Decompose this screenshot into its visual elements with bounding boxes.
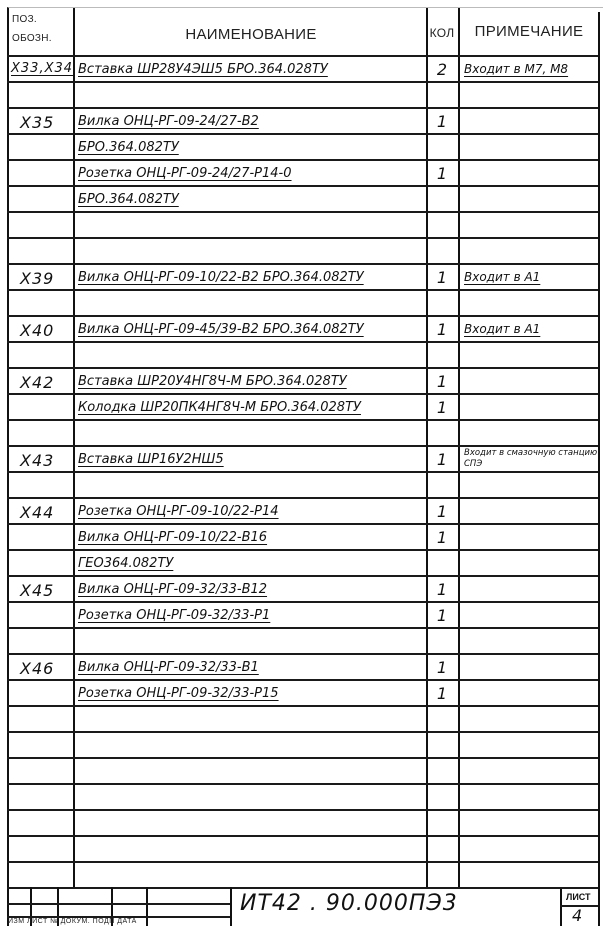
row-divider [7, 523, 598, 525]
item-name: Вилка ОНЦ-РГ-09-32/33-В1 [78, 660, 259, 675]
row-divider [7, 783, 598, 785]
position-designator: Х40 [20, 321, 54, 340]
item-quantity: 1 [427, 684, 457, 703]
position-designator: Х43 [20, 451, 54, 470]
row-divider [7, 549, 598, 551]
row-divider [7, 185, 598, 187]
item-note: Входит в А1 [464, 270, 540, 284]
title-block-footer-labels: ИЗМ ЛИСТ № ДОКУМ. ПОДП ДАТА [8, 918, 137, 925]
document-code: ИТ42 . 90.000ПЭ3 [240, 891, 458, 916]
sheet-number: 4 [572, 906, 582, 925]
item-quantity: 1 [427, 528, 457, 547]
header-qty-label: КОЛ [426, 26, 458, 40]
row-divider [7, 159, 598, 161]
item-quantity: 1 [427, 398, 457, 417]
item-quantity: 1 [427, 450, 457, 469]
item-name: Вилка ОНЦ-РГ-09-32/33-В12 [78, 582, 267, 597]
item-quantity: 1 [427, 320, 457, 339]
item-name: Колодка ШР20ПК4НГ8Ч-М БРО.364.028ТУ [78, 400, 361, 415]
item-quantity: 1 [427, 112, 457, 131]
item-quantity: 2 [427, 60, 457, 79]
header-pos-line2: ОБОЗН. [12, 29, 52, 48]
position-designator: Х35 [20, 113, 54, 132]
row-divider [7, 315, 598, 317]
item-name: Розетка ОНЦ-РГ-09-32/33-Р15 [78, 686, 279, 701]
position-designator: Х42 [20, 373, 54, 392]
col-divider-note [458, 8, 460, 887]
item-name: Вставка ШР16У2НШ5 [78, 452, 224, 467]
header-name-label: НАИМЕНОВАНИЕ [75, 26, 427, 43]
header-divider [7, 55, 598, 57]
item-note: Входит в А1 [464, 322, 540, 336]
position-designator: Х44 [20, 503, 54, 522]
row-divider [7, 601, 598, 603]
header-note-label: ПРИМЕЧАНИЕ [460, 23, 598, 40]
row-divider [7, 887, 598, 889]
row-divider [7, 445, 598, 447]
item-name: Розетка ОНЦ-РГ-09-32/33-Р1 [78, 608, 270, 623]
revision-col-divider-3 [146, 887, 148, 926]
row-divider [7, 497, 598, 499]
item-name: Розетка ОНЦ-РГ-09-24/27-Р14-0 [78, 166, 292, 181]
item-note: Входит в смазочную станцию СПЭ [464, 448, 606, 470]
item-quantity: 1 [427, 606, 457, 625]
item-name: Вставка ШР20У4НГ8Ч-М БРО.364.028ТУ [78, 374, 347, 389]
row-divider [7, 419, 598, 421]
row-divider [7, 861, 598, 863]
revision-row-divider [7, 903, 230, 905]
position-designator: Х33,Х34 [11, 61, 73, 76]
item-name: Вилка ОНЦ-РГ-09-24/27-В2 [78, 114, 259, 129]
row-divider [7, 653, 598, 655]
row-divider [7, 211, 598, 213]
sheet-label: ЛИСТ [566, 892, 591, 902]
header-pos-label: ПОЗ. ОБОЗН. [12, 10, 52, 48]
header-pos-line1: ПОЗ. [12, 10, 52, 29]
item-name: БРО.364.082ТУ [78, 192, 179, 207]
row-divider [7, 367, 598, 369]
row-divider [7, 341, 598, 343]
row-divider [7, 575, 598, 577]
item-quantity: 1 [427, 372, 457, 391]
row-divider [7, 133, 598, 135]
title-block-divider [230, 887, 232, 926]
item-name: Вилка ОНЦ-РГ-09-10/22-В2 БРО.364.082ТУ [78, 270, 364, 285]
row-divider [7, 731, 598, 733]
item-quantity: 1 [427, 502, 457, 521]
col-divider-qty [426, 8, 428, 887]
position-designator: Х46 [20, 659, 54, 678]
row-divider [7, 757, 598, 759]
item-name: ГЕО364.082ТУ [78, 556, 173, 571]
row-divider [7, 107, 598, 109]
item-name: БРО.364.082ТУ [78, 140, 179, 155]
sheet-box-left [560, 889, 562, 926]
row-divider [7, 289, 598, 291]
row-divider [7, 393, 598, 395]
item-note: Входит в М7, М8 [464, 62, 568, 76]
item-quantity: 1 [427, 164, 457, 183]
col-divider-pos [73, 8, 75, 887]
position-designator: Х45 [20, 581, 54, 600]
row-divider [7, 809, 598, 811]
item-name: Вилка ОНЦ-РГ-09-10/22-В16 [78, 530, 267, 545]
item-name: Вилка ОНЦ-РГ-09-45/39-В2 БРО.364.082ТУ [78, 322, 364, 337]
row-divider [7, 471, 598, 473]
row-divider [7, 835, 598, 837]
item-quantity: 1 [427, 580, 457, 599]
item-quantity: 1 [427, 658, 457, 677]
item-name: Вставка ШР28У4ЭШ5 БРО.364.028ТУ [78, 62, 328, 77]
row-divider [7, 705, 598, 707]
row-divider [7, 263, 598, 265]
row-divider [7, 81, 598, 83]
position-designator: Х39 [20, 269, 54, 288]
row-divider [7, 627, 598, 629]
row-divider [7, 237, 598, 239]
item-quantity: 1 [427, 268, 457, 287]
item-name: Розетка ОНЦ-РГ-09-10/22-Р14 [78, 504, 279, 519]
row-divider [7, 679, 598, 681]
